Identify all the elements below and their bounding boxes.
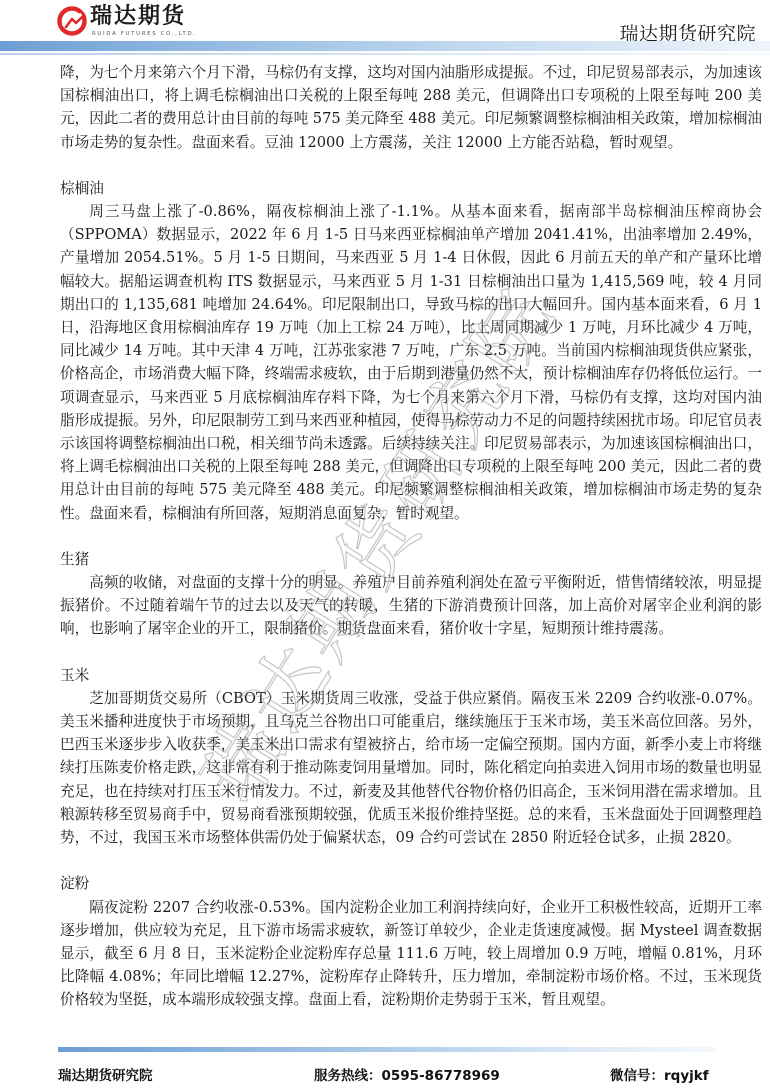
section-body: 周三马盘上涨了-0.86%，隔夜棕榈油上涨了-1.1%。从基本面来看，据南部半岛… xyxy=(60,200,762,525)
header-divider-line xyxy=(0,53,770,55)
page-header: 瑞达期货 RUIDA FUTURES CO.,LTD. 瑞达期货研究院 xyxy=(0,0,770,58)
header-divider-bar xyxy=(0,41,770,51)
logo-english-name: RUIDA FUTURES CO.,LTD. xyxy=(92,30,197,38)
footer-wechat: 微信号：rqyjkf xyxy=(610,1064,709,1084)
section-body: 芝加哥期货交易所（CBOT）玉米期货周三收涨，受益于供应紧俏。隔夜玉米 2209… xyxy=(60,687,762,849)
section-body: 高频的收储，对盘面的支撑十分的明显。养殖户目前养殖利润处在盈亏平衡附近，惜售情绪… xyxy=(60,571,762,641)
ruida-logo-icon xyxy=(57,6,87,36)
section-corn: 玉米 芝加哥期货交易所（CBOT）玉米期货周三收涨，受益于供应紧俏。隔夜玉米 2… xyxy=(60,664,762,850)
section-body: 隔夜淀粉 2207 合约收涨-0.53%。国内淀粉企业加工利润持续向好，企业开工… xyxy=(60,896,762,1012)
section-title: 生猪 xyxy=(60,548,762,571)
logo-chinese-name: 瑞达期货 xyxy=(90,4,197,30)
section-title: 玉米 xyxy=(60,664,762,687)
section-live-hog: 生猪 高频的收储，对盘面的支撑十分的明显。养殖户目前养殖利润处在盈亏平衡附近，惜… xyxy=(60,548,762,641)
report-body: 降，为七个月来第六个月下滑，马棕仍有支撑，这均对国内油脂形成提振。不过，印尼贸易… xyxy=(60,61,762,1012)
footer-org-name: 瑞达期货研究院 xyxy=(58,1064,153,1084)
footer-divider-bar xyxy=(58,1047,716,1052)
footer-hotline: 服务热线：0595-86778969 xyxy=(314,1064,500,1084)
section-title: 淀粉 xyxy=(60,872,762,895)
company-logo: 瑞达期货 RUIDA FUTURES CO.,LTD. xyxy=(57,4,197,38)
intro-paragraph: 降，为七个月来第六个月下滑，马棕仍有支撑，这均对国内油脂形成提振。不过，印尼贸易… xyxy=(60,61,762,154)
section-title: 棕榈油 xyxy=(60,177,762,200)
section-starch: 淀粉 隔夜淀粉 2207 合约收涨-0.53%。国内淀粉企业加工利润持续向好，企… xyxy=(60,872,762,1011)
section-palm-oil: 棕榈油 周三马盘上涨了-0.86%，隔夜棕榈油上涨了-1.1%。从基本面来看，据… xyxy=(60,177,762,525)
